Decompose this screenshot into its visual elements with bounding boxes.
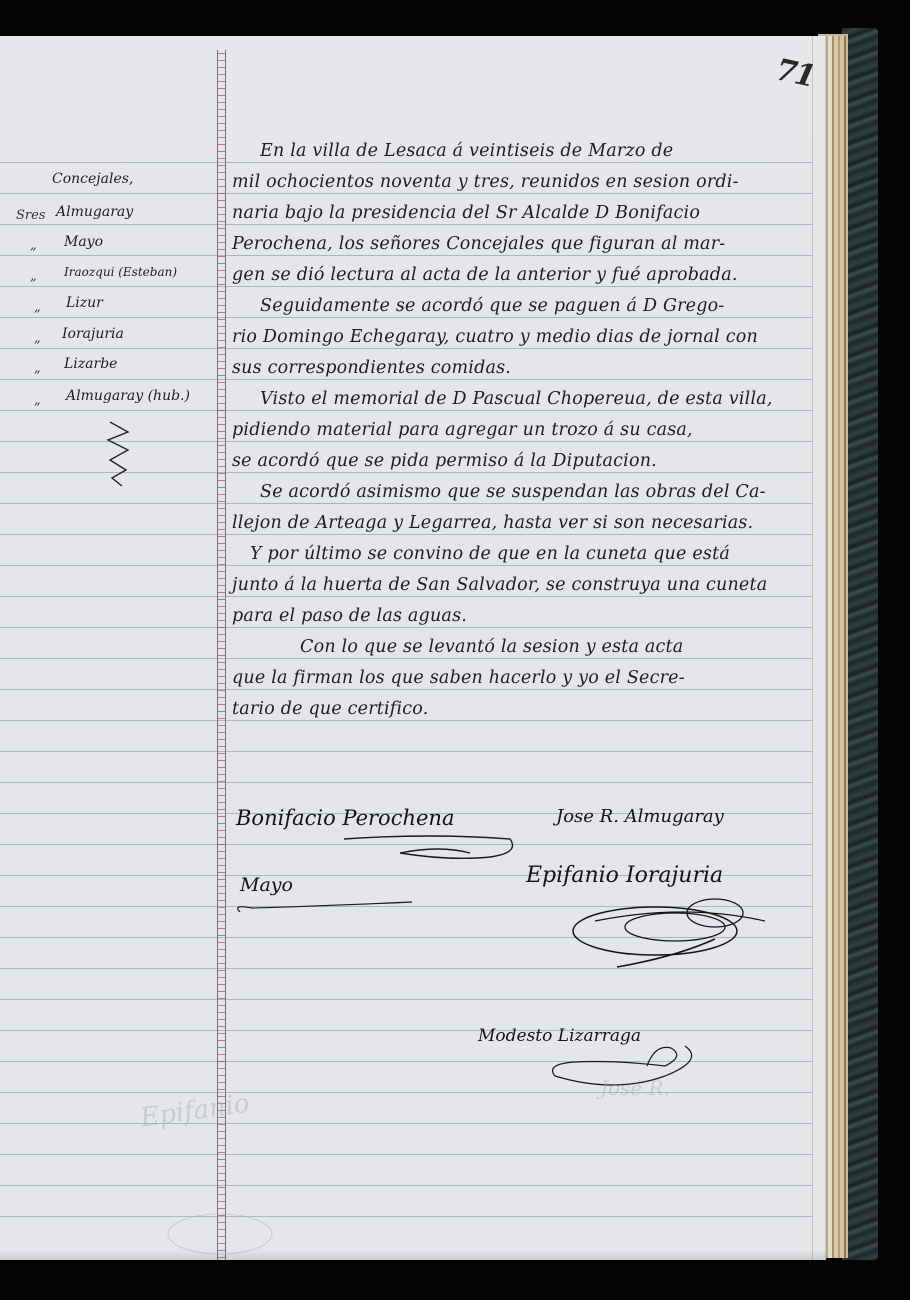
ruled-line: [0, 689, 812, 690]
margin-member: Lizur: [66, 295, 103, 311]
minutes-line: Y por último se convino de que en la cun…: [250, 544, 730, 564]
ruled-line: [0, 410, 812, 411]
ruled-line: [0, 534, 812, 535]
ruled-line: [0, 379, 812, 380]
margin-member: Lizarbe: [64, 356, 117, 372]
margin-prefix: Sres: [16, 208, 46, 223]
folio-number: 71: [773, 52, 817, 94]
margin-member: Almugaray (hub.): [66, 388, 190, 404]
ruled-line: [0, 1185, 812, 1186]
minutes-line: Perochena, los señores Concejales que fi…: [232, 234, 725, 254]
right-margin-rule: [812, 36, 813, 1260]
ruled-line: [0, 782, 812, 783]
minutes-line: mil ochocientos noventa y tres, reunidos…: [232, 172, 739, 192]
ruled-line: [0, 1030, 812, 1031]
bleed-through-rubric-icon: [160, 1206, 300, 1260]
ruled-line: [0, 503, 812, 504]
red-margin-line: [217, 50, 226, 1260]
margin-closing-flourish-icon: [100, 416, 140, 496]
margin-member: Almugaray: [56, 204, 133, 220]
ruled-line: [0, 162, 812, 163]
rubric-flourish-icon: [565, 891, 785, 981]
margin-prefix: „: [30, 269, 37, 284]
minutes-line: junto á la huerta de San Salvador, se co…: [232, 575, 767, 595]
ruled-line: [0, 255, 812, 256]
ruled-line: [0, 627, 812, 628]
ruled-line: [0, 1216, 812, 1217]
ruled-line: [0, 751, 812, 752]
bleed-through-signature: José R.: [600, 1076, 670, 1100]
signature-epifanio-iorajuria: Epifanio Iorajuria: [526, 863, 723, 888]
minutes-line: llejon de Arteaga y Legarrea, hasta ver …: [232, 513, 753, 533]
signature-bonifacio-perochena: Bonifacio Perochena: [236, 806, 454, 830]
minutes-line: naria bajo la presidencia del Sr Alcalde…: [232, 203, 700, 223]
margin-prefix: „: [34, 331, 41, 346]
ruled-line: [0, 999, 812, 1000]
signature-underline-flourish-icon: [340, 831, 520, 871]
minutes-line: Seguidamente se acordó que se paguen á D…: [260, 296, 725, 316]
ruled-line: [0, 193, 812, 194]
margin-member: Mayo: [64, 234, 103, 250]
signature-underline-flourish-icon: [232, 896, 422, 920]
margin-prefix: „: [30, 238, 37, 253]
ruled-line: [0, 348, 812, 349]
margin-heading: Concejales,: [52, 171, 133, 187]
margin-prefix: „: [34, 361, 41, 376]
minutes-line: Visto el memorial de D Pascual Chopereua…: [260, 389, 773, 409]
minutes-line: rio Domingo Echegaray, cuatro y medio di…: [232, 327, 758, 347]
bleed-through-signature: Epifanio: [138, 1089, 251, 1134]
ruled-line: [0, 286, 812, 287]
margin-member: Iorajuria: [62, 326, 124, 342]
ruled-line: [0, 565, 812, 566]
signature-jose-almugaray: Jose R. Almugaray: [556, 806, 724, 827]
signature-mayo: Mayo: [240, 874, 293, 896]
ruled-line: [0, 596, 812, 597]
minutes-line: pidiendo material para agregar un trozo …: [232, 420, 693, 440]
ruled-line: [0, 224, 812, 225]
minutes-line: tario de que certifico.: [232, 699, 428, 719]
minutes-line: para el paso de las aguas.: [232, 606, 467, 626]
minutes-line: Se acordó asimismo que se suspendan las …: [260, 482, 766, 502]
ruled-line: [0, 720, 812, 721]
ledger-page: 71 Concejales, Sres Almugaray „ Mayo „ I…: [0, 36, 826, 1260]
ruled-line: [0, 1123, 812, 1124]
margin-prefix: „: [34, 300, 41, 315]
margin-prefix: „: [34, 393, 41, 408]
minutes-line: sus correspondientes comidas.: [232, 358, 511, 378]
minutes-line: En la villa de Lesaca á veintiseis de Ma…: [260, 141, 673, 161]
ruled-line: [0, 1154, 812, 1155]
minutes-line: gen se dió lectura al acta de la anterio…: [232, 265, 738, 285]
minutes-line: se acordó que se pida permiso á la Diput…: [232, 451, 657, 471]
minutes-line: Con lo que se levantó la sesion y esta a…: [300, 637, 683, 657]
ruled-line: [0, 317, 812, 318]
ruled-line: [0, 658, 812, 659]
margin-member: Iraozqui (Esteban): [64, 265, 177, 279]
minutes-line: que la firman los que saben hacerlo y yo…: [232, 668, 685, 688]
